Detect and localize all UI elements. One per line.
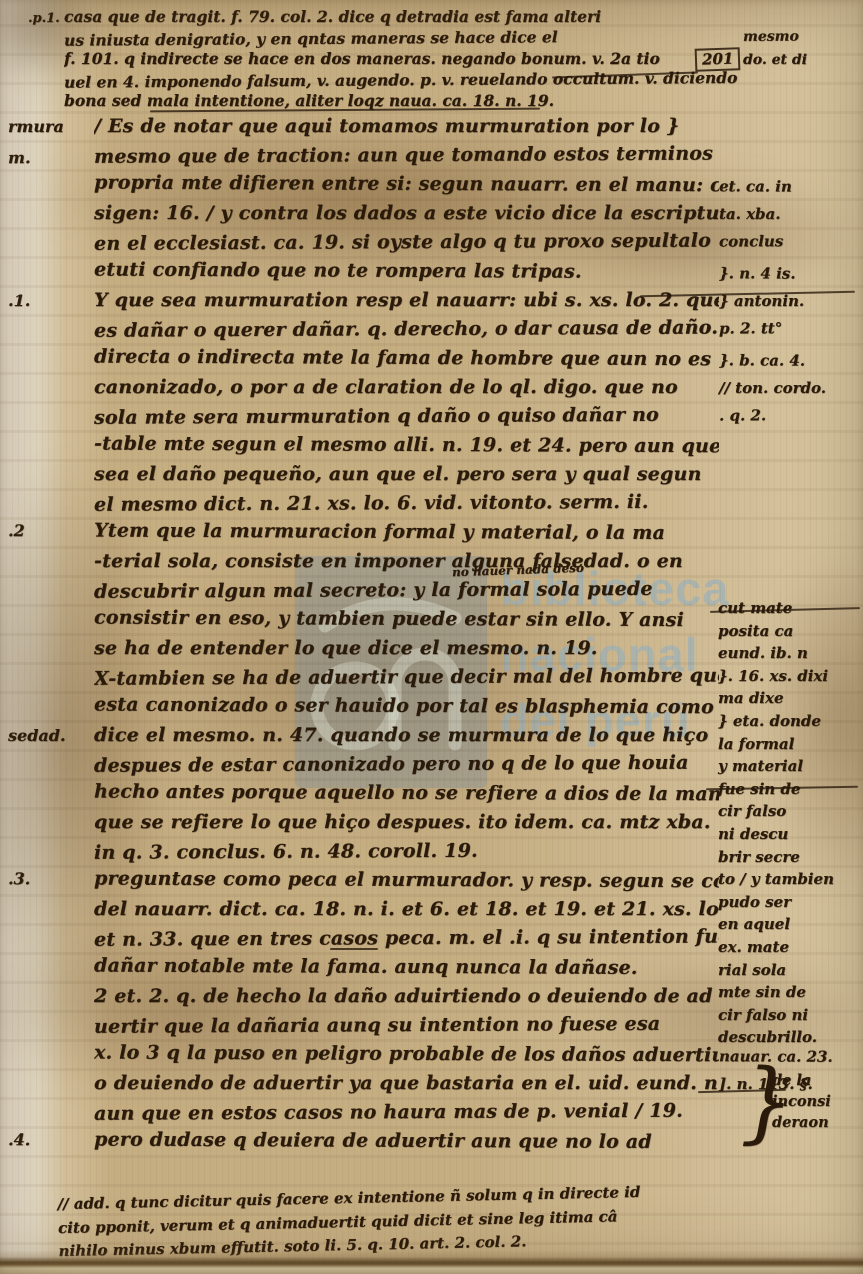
line-text: us iniusta denigratio, y en qntas manera…: [64, 25, 743, 51]
gloss-line: ni descu: [718, 823, 860, 846]
manuscript-line: sigen: 16. / y contra los dados a este v…: [6, 199, 861, 228]
line-text: propria mte difieren entre si: segun nau…: [94, 169, 719, 201]
right-margin-gloss: cut mateposita caeund. ib. n}. 16. xs. d…: [718, 597, 860, 1049]
margin-note-right: }. b. ca. 4.: [719, 346, 861, 376]
line-text: in q. 3. conclus. 6. n. 48. coroll. 19.: [94, 836, 719, 868]
line-text: Y que sea murmuration resp el nauarr: ub…: [94, 286, 719, 315]
gloss-line: to / y tambien: [718, 868, 860, 891]
line-text: el mesmo dict. n. 21. xs. lo. 6. vid. vi…: [94, 488, 719, 520]
line-text: se ha de entender lo que dice el mesmo. …: [94, 634, 719, 663]
margin-note-left: .4.: [6, 1125, 94, 1154]
gloss-line: posita ca: [718, 620, 860, 643]
gloss-line: ma dixe: [718, 687, 860, 710]
gloss-line: inconsi: [772, 1091, 862, 1112]
margin-note-right: [719, 594, 861, 595]
gloss-line: rial sola: [718, 959, 860, 982]
line-text: preguntase como peca el murmurador. y re…: [94, 865, 719, 897]
line-text: sigen: 16. / y contra los dados a este v…: [94, 199, 719, 228]
line-text: pero dudase q deuiera de aduertir aun qu…: [94, 1126, 719, 1158]
margin-note-right: }. n. 4 is.: [719, 259, 861, 289]
boxed-number: 201: [695, 47, 741, 72]
margin-note-right: [743, 82, 861, 83]
line-text: descubrir algun mal secreto: y la formal…: [94, 575, 719, 607]
manuscript-line: etuti confiando que no te rompera las tr…: [6, 255, 861, 288]
ink-rule: [330, 948, 378, 950]
margin-note-left: .p.1.: [28, 8, 64, 29]
line-text: despues de estar canonizado pero no q de…: [94, 749, 719, 781]
line-text: directa o indirecta mte la fama de hombr…: [94, 343, 719, 375]
line-text: dice el mesmo. n. 47. quando se murmura …: [94, 721, 719, 750]
manuscript-line: en el ecclesiast. ca. 19. si oyste algo …: [6, 226, 861, 259]
gloss-line: en aquel: [718, 913, 860, 936]
line-text: aun que en estos casos no haura mas de p…: [94, 1097, 719, 1129]
manuscript-line: .1. Y que sea murmuration resp el nauarr…: [6, 286, 861, 315]
line-text: / Es de notar que aqui tomamos murmurati…: [94, 112, 719, 141]
gloss-line: de la: [772, 1070, 862, 1091]
line-text: sola mte sera murmuration q daño o quiso…: [94, 401, 719, 433]
line-text: sea el daño pequeño, aun que el. pero se…: [94, 460, 719, 489]
margin-note-left: .1.: [6, 286, 94, 315]
manuscript-line: -terial sola, consiste en imponer alguna…: [6, 547, 861, 576]
manuscript-line: .p.1. casa que de tragit. f. 79. col. 2.…: [28, 6, 861, 27]
line-text: o deuiendo de aduertir ya que bastaria e…: [94, 1069, 719, 1098]
manuscript-line: sola mte sera murmuration q daño o quiso…: [6, 400, 861, 433]
manuscript-line: propria mte difieren entre si: segun nau…: [6, 168, 861, 201]
manuscript-line: canonizado, o por a de claration de lo q…: [6, 373, 861, 402]
margin-note-right: et. ca. in: [719, 172, 861, 202]
manuscript-page: bibliotecanacionaldel perú .p.1. casa qu…: [0, 0, 863, 1274]
line-text: es dañar o querer dañar. q. derecho, o d…: [94, 314, 719, 346]
manuscript-line: o deuiendo de aduertir ya que bastaria e…: [6, 1069, 861, 1098]
manuscript-line: -table mte segun el mesmo alli. n. 19. e…: [6, 429, 861, 462]
line-text: mesmo que de traction: aun que tomando e…: [94, 140, 719, 172]
line-text: esta canonizado o ser hauido por tal es …: [94, 691, 719, 723]
margin-note-right: [719, 507, 861, 508]
line-text: Ytem que la murmuracion formal y materia…: [94, 517, 719, 549]
margin-note-right: p. 2. tt°: [719, 314, 861, 344]
line-text: 2 et. 2. q. de hecho la daño aduirtiendo…: [94, 982, 719, 1011]
margin-note-right: [719, 159, 861, 160]
line-text: consistir en eso, y tambien puede estar …: [94, 604, 719, 636]
gloss-line: }. 16. xs. dixi: [718, 665, 860, 688]
line-text: canonizado, o por a de claration de lo q…: [94, 373, 719, 402]
manuscript-line: aun que en estos casos no haura mas de p…: [6, 1096, 861, 1129]
gloss-line: descubrillo.: [718, 1026, 860, 1049]
gloss-line: ex. mate: [718, 936, 860, 959]
margin-note-left: rmura: [6, 112, 94, 141]
line-text: del nauarr. dict. ca. 18. n. i. et 6. et…: [94, 895, 719, 924]
manuscript-line: es dañar o querer dañar. q. derecho, o d…: [6, 313, 861, 346]
margin-note-right: [719, 452, 861, 453]
gloss-line: pudo ser: [718, 891, 860, 914]
margin-note-left: .2: [6, 516, 94, 545]
manuscript-line: .2 Ytem que la murmuracion formal y mate…: [6, 516, 861, 549]
line-text: -table mte segun el mesmo alli. n. 19. e…: [94, 430, 719, 462]
margin-note-right: ta. xba.: [719, 200, 861, 229]
margin-note-right: . q. 2.: [719, 401, 861, 431]
line-text: en el ecclesiast. ca. 19. si oyste algo …: [94, 227, 719, 259]
addendum-note: // add. q tunc dicitur quis facere ex in…: [57, 1179, 738, 1264]
margin-note-right: conclus: [719, 227, 861, 257]
gloss-line: mte sin de: [718, 981, 860, 1004]
line-text: uertir que la dañaria aunq su intention …: [94, 1010, 719, 1042]
line-text: uel en 4. imponendo falsum, v. augendo. …: [64, 67, 743, 93]
line-text: f. 101. q indirecte se hace en dos maner…: [64, 48, 743, 69]
line-text: que se refiere lo que hiço despues. ito …: [94, 808, 719, 837]
gloss-line: deraon: [772, 1112, 862, 1133]
gloss-line: la formal: [718, 733, 860, 756]
manuscript-line: directa o indirecta mte la fama de hombr…: [6, 342, 861, 375]
line-text: et n. 33. que en tres casos peca. m. el …: [94, 923, 719, 955]
line-text: etuti confiando que no te rompera las tr…: [94, 256, 719, 288]
line-text: dañar notable mte la fama. aunq nunca la…: [94, 952, 719, 984]
line-text: X-tambien se ha de aduertir que decir ma…: [94, 662, 719, 694]
margin-note-right: // ton. cordo.: [719, 374, 861, 403]
gloss-line: } eta. donde: [718, 710, 860, 733]
gloss-line: cir falso: [718, 800, 860, 823]
bottom-right-gloss: de lainconsideraon: [772, 1070, 862, 1133]
manuscript-line: m. mesmo que de traction: aun que tomand…: [6, 139, 861, 172]
margin-note-right: mesmo: [743, 26, 861, 48]
gloss-line: brir secre: [718, 846, 860, 869]
margin-note-left: sedad.: [6, 721, 94, 750]
manuscript-line: sea el daño pequeño, aun que el. pero se…: [6, 460, 861, 489]
manuscript-line: el mesmo dict. n. 21. xs. lo. 6. vid. vi…: [6, 487, 861, 520]
manuscript-line: .4. pero dudase q deuiera de aduertir au…: [6, 1125, 861, 1158]
margin-note-left: .3.: [6, 864, 94, 893]
manuscript-line: rmura / Es de notar que aqui tomamos mur…: [6, 112, 861, 141]
line-text: x. lo 3 q la puso en peligro probable de…: [94, 1039, 719, 1071]
line-text: hecho antes porque aquello no se refiere…: [94, 778, 719, 810]
gloss-line: y material: [718, 755, 860, 778]
gloss-line: eund. ib. n: [718, 642, 860, 665]
margin-note-right: [719, 539, 861, 540]
gloss-line: cir falso ni: [718, 1004, 860, 1027]
line-text: casa que de tragit. f. 79. col. 2. dice …: [64, 6, 743, 27]
line-text: -terial sola, consiste en imponer alguna…: [94, 547, 719, 576]
